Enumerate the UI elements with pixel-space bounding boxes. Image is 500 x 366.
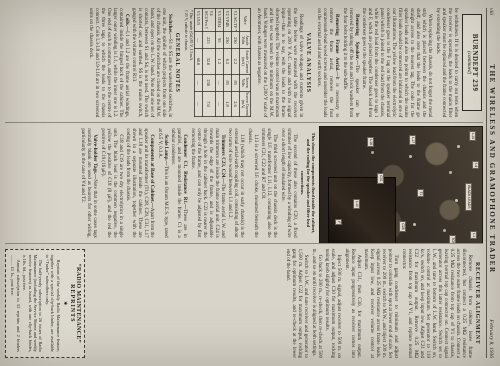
- page-number: viii: [488, 8, 494, 44]
- photo-label: BLACK LEADS: [465, 183, 472, 210]
- paragraph: Adjust C31, then C30, for maximum output…: [343, 249, 361, 358]
- paragraph: Removing Frame Aerial.—It is necessary t…: [316, 8, 340, 117]
- photo-label: L10: [353, 199, 360, 209]
- paragraph: Trimmers C23, C24.—The frame aerial L.W.…: [189, 128, 225, 237]
- paragraph: Switch to L.W., and tune receiver and ge…: [285, 249, 309, 358]
- chassis-components-photo: L13 L4 BLACK LEADS L1 TONE T1 L17 C28 L1…: [319, 126, 483, 242]
- table-row: V2 VP4B 230 6.5 85 1.8: [223, 9, 231, 117]
- paragraph: Switches.—S1 to S5 are the waveband swit…: [131, 8, 173, 117]
- valve-analysis-intro: Readings of valve voltages and currents …: [255, 8, 303, 117]
- reprints-paragraph: Reprints of the weekly Radio Maintenance…: [45, 255, 61, 352]
- column-2: L13 L4 BLACK LEADS L1 TONE T1 L17 C28 L1…: [5, 122, 483, 242]
- paragraph: Condenser C1, Resistance R1.—These are i…: [169, 128, 187, 237]
- section-heading-receiver-alignment: RECEIVER ALIGNMENT: [474, 249, 480, 358]
- column-layout: BURNDEPT 239 (continued) be withdrawn. I…: [5, 8, 483, 358]
- table-footnote: * Osc. anode (Gd) 85 V, 1.5 mA.: [188, 10, 193, 117]
- column-1: BURNDEPT 239 (continued) be withdrawn. I…: [5, 8, 483, 122]
- paragraph: L13 is a screened I.F. choke, mounted be…: [246, 128, 258, 237]
- photo-label: L18: [367, 137, 374, 147]
- photo-fixing-dots: [457, 145, 460, 148]
- photo-label: C31: [377, 173, 384, 183]
- valve-analysis-table: Valve Anode Volts Anode Current (mA) Scr…: [194, 8, 252, 117]
- reprints-box-title: “RADIO MAINTENANCE”: [75, 255, 81, 352]
- paragraph: Remove chassis from cabinet, leave frame…: [400, 249, 472, 358]
- table-footnote: † 25 V, cathode to chassis.: [184, 10, 189, 117]
- paragraph: Scale Lamp.—This is an Osram M.E.S. type…: [156, 128, 168, 237]
- running-head: viii THE WIRELESS AND GRAMOPHONE TRADER …: [486, 8, 496, 358]
- article-title: BURNDEPT 239: [471, 17, 479, 108]
- article-title-continued: (continued): [466, 17, 471, 108]
- section-heading-valve-analysis: VALVE ANALYSIS: [305, 8, 311, 117]
- magazine-page: viii THE WIRELESS AND GRAMOPHONE TRADER …: [0, 0, 500, 366]
- column-3: RECEIVER ALIGNMENT Remove chassis from c…: [5, 243, 483, 358]
- paragraph: be withdrawn. If it is desired to carry …: [434, 8, 458, 117]
- speaker-in-photo: [328, 177, 396, 243]
- photo-label: F: [335, 219, 342, 225]
- table-row: V5 UU3 — 60.0 — —: [194, 9, 202, 117]
- article-title-box: BURNDEPT 239 (continued): [462, 14, 482, 111]
- reprints-paragraph: The half-yearly subscription to 26 issue…: [22, 255, 43, 352]
- paragraph: The second of these also contains C20, a…: [279, 128, 297, 237]
- photo-label: L4: [472, 161, 479, 169]
- paragraph: L18 (which may not occur in early chassi…: [226, 128, 244, 237]
- photo-label: L1: [470, 231, 477, 239]
- paragraph: Go back to 200 m., re-check, then re-che…: [310, 249, 322, 358]
- paragraph: The third screened unit on the chassis d…: [259, 128, 277, 237]
- section-heading-general-notes: GENERAL NOTES: [175, 8, 181, 117]
- reprints-paragraph: Annual subscription to 52 reprints and 2…: [10, 255, 21, 352]
- photo-label: C28: [399, 221, 406, 231]
- photo-label: L17: [409, 135, 416, 145]
- table-header-row: Valve Anode Volts Anode Current (mA) Scr…: [239, 9, 251, 117]
- paragraph: Coils.—L1 and L2 are the frame aerial wi…: [87, 8, 129, 117]
- table-row: V3 TDD4 95 1.2 — —: [215, 9, 223, 117]
- issue-date: February 8, 1936: [488, 294, 494, 358]
- scanned-page-viewport: viii THE WIRELESS AND GRAMOPHONE TRADER …: [0, 0, 500, 366]
- photo-caption: This shows the components fixed inside t…: [300, 130, 316, 235]
- paragraph: Valve-holder Tags.—Note that in some cas…: [79, 128, 97, 237]
- paragraph: C18 and C19 are two dry electrolytics in…: [99, 128, 123, 237]
- paragraph: Turn gang condenser to minimum and adjus…: [363, 249, 399, 358]
- table-row: V4 AC2/Pen † 225 32.0 230 7.0: [202, 9, 215, 117]
- paragraph: Components at Base of Cabinet.—Apart fro…: [124, 128, 154, 237]
- table-row: V1 AC/TP * 230 2.2 85 2.6: [231, 9, 239, 117]
- paragraph: Removing Speaker.—The speaker can be rem…: [341, 8, 359, 117]
- photo-label: TONE: [449, 235, 456, 242]
- photo-label: L13: [469, 131, 476, 141]
- masthead-title: THE WIRELESS AND GRAMOPHONE TRADER: [488, 44, 496, 294]
- photo-label: T1: [417, 189, 424, 197]
- radio-maintenance-reprints-box: “RADIO MAINTENANCE” REPRINTS ✱ Reprints …: [5, 249, 85, 358]
- star-separator: ✱: [62, 255, 68, 352]
- paragraph: When replacing the chassis, do not forge…: [361, 8, 433, 117]
- paragraph: Inject 500 m. signal, adjust receiver to…: [324, 249, 342, 358]
